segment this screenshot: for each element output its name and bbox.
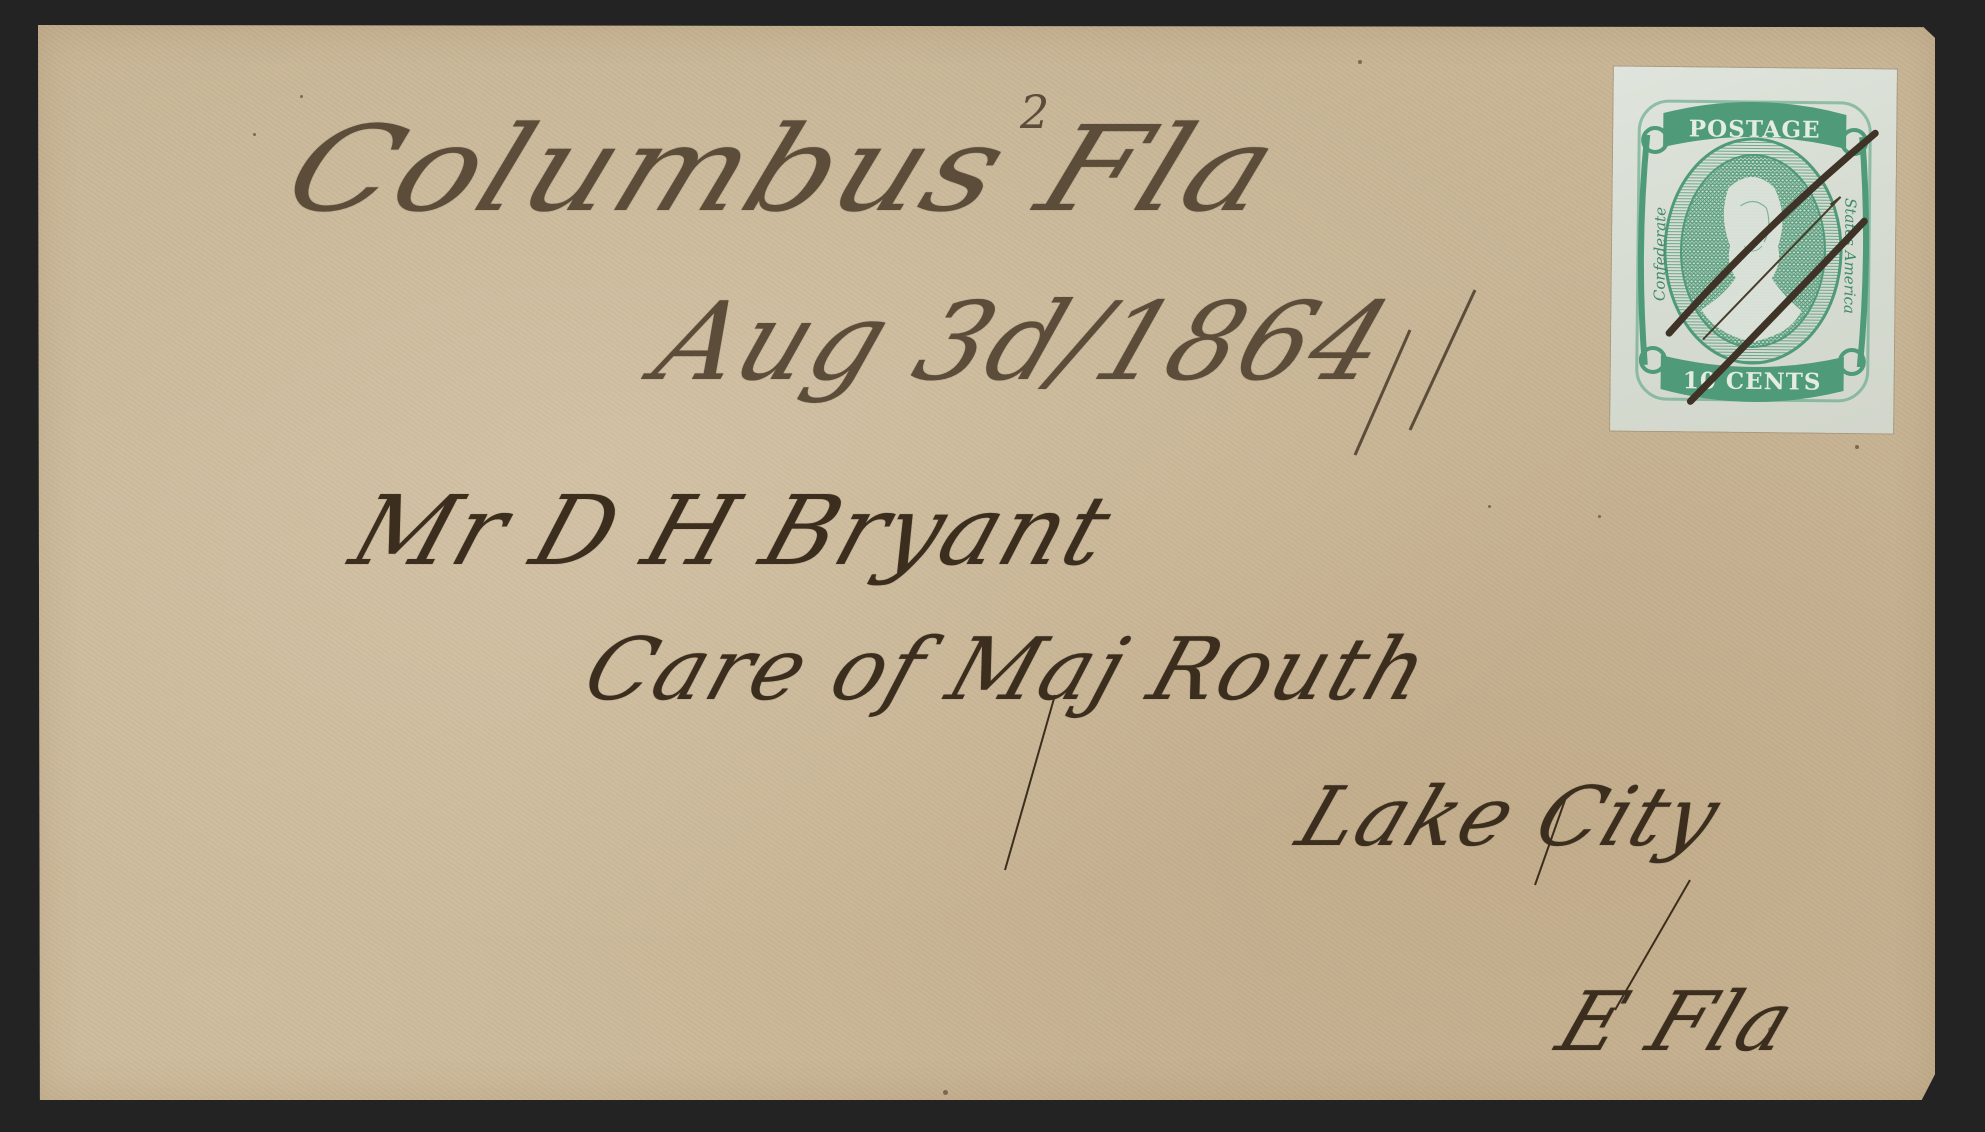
paper-speck [943,1090,948,1095]
paper-speck [1598,515,1601,518]
manuscript-origin-postmark: Columbus Fla [268,100,1298,238]
paper-speck [253,133,256,136]
paper-speck [300,95,303,98]
paper-speck [1855,445,1859,449]
address-city: Lake City [1285,770,1733,865]
stamp-engraving: POSTAGE 10 CENTS Confederate States Amer… [1630,95,1876,408]
postage-stamp: POSTAGE 10 CENTS Confederate States Amer… [1610,67,1897,434]
address-state: E Fla [1545,975,1808,1070]
address-care-of: Care of Maj Routh [573,620,1442,720]
stamp-right-label: States America [1840,176,1860,336]
manuscript-date: Aug 3d/1864 [640,280,1408,405]
paper-speck [1358,60,1362,64]
stamp-denomination-label: 10 CENTS [1630,367,1873,397]
stamp-left-label: Confederate [1650,174,1670,334]
paper-speck [1488,505,1491,508]
stamp-postage-label: POSTAGE [1633,115,1876,145]
photo-stage: POSTAGE 10 CENTS Confederate States Amer… [0,0,1985,1132]
address-addressee: Mr D H Bryant [339,475,1126,587]
